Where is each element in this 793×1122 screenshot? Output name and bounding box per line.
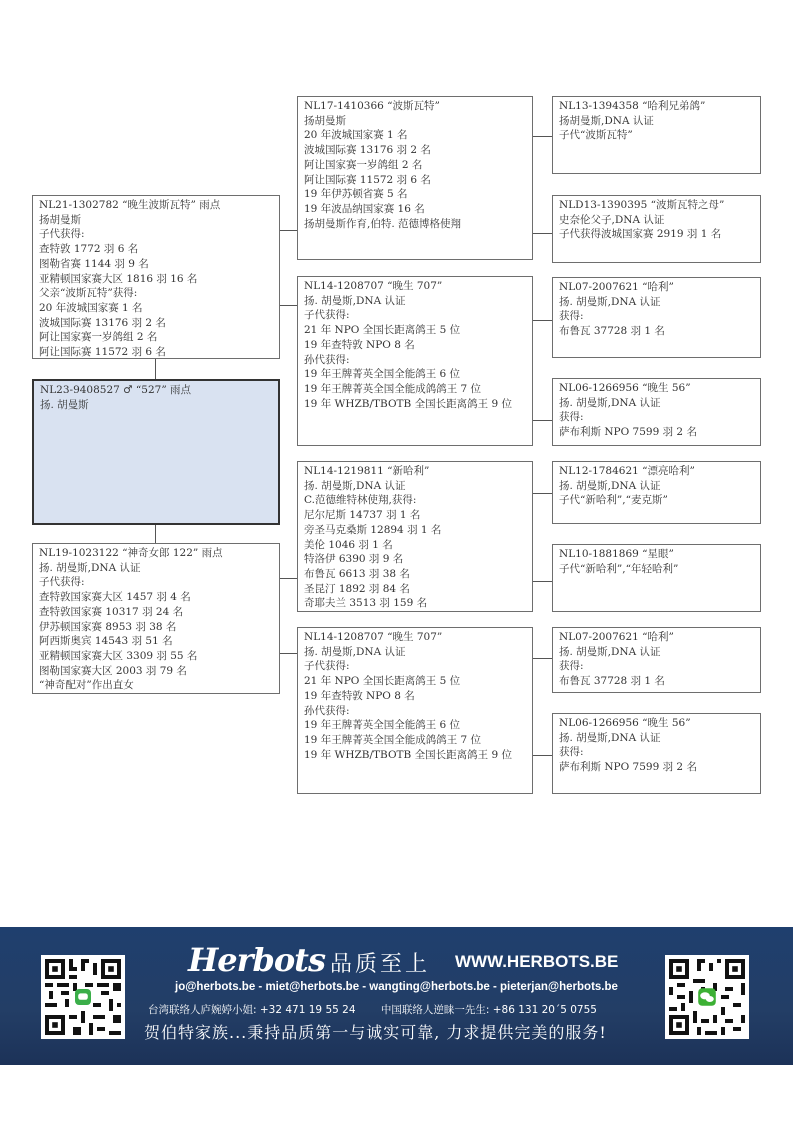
qr-code-icon xyxy=(665,955,749,1039)
connector-dam-to-dd xyxy=(279,653,297,654)
pedigree-subject-card: NL23-9408527 ♂ “527” 雨点 扬. 胡曼斯 xyxy=(32,379,280,525)
result-line: 19 年王牌菁英全国全能鸽王 6 位 xyxy=(304,367,526,382)
result-line: 21 年 NPO 全国长距离鸽王 5 位 xyxy=(304,674,526,689)
result-line: 子代获得: xyxy=(304,659,526,674)
result-line: 布鲁瓦 6613 羽 38 名 xyxy=(304,567,526,582)
pedigree-dam-sire-card: NL14-1219811 “新哈利” 扬. 胡曼斯,DNA 认证 C.范德维特林… xyxy=(297,461,533,612)
result-line: 子代“新哈利”,“麦克斯” xyxy=(559,493,754,508)
result-line: 阿让国际赛 11572 羽 6 名 xyxy=(39,345,273,359)
contact-taiwan: 台湾联络人庐婉婷小姐: +32 471 19 55 24 xyxy=(148,1004,356,1016)
result-line: 阿让国家赛一岁鸽组 2 名 xyxy=(39,330,273,345)
breeder: 扬胡曼斯 xyxy=(304,114,526,129)
result-line: 获得: xyxy=(559,745,754,760)
breeder: 扬. 胡曼斯 xyxy=(40,398,272,413)
result-line: C.范德维特林使翔,获得: xyxy=(304,493,526,508)
result-line: 扬胡曼斯作育,伯特. 范德博格使翔 xyxy=(304,217,526,232)
line-qr-code[interactable] xyxy=(41,955,125,1039)
breeder: 扬. 胡曼斯,DNA 认证 xyxy=(304,645,526,660)
contact-china: 中国联络人逆睐一先生: +86 131 20´5 0755 xyxy=(381,1004,597,1016)
result-line: 孙代获得: xyxy=(304,353,526,368)
result-line: 19 年王牌菁英全国全能成鸽鸽王 7 位 xyxy=(304,733,526,748)
pedigree-dam-card: NL19-1023122 “神奇女郎 122” 雨点 扬. 胡曼斯,DNA 认证… xyxy=(32,543,280,694)
result-line: 子代获得: xyxy=(304,308,526,323)
result-line: 图勒省赛 1144 羽 9 名 xyxy=(39,257,273,272)
contact-phones: 台湾联络人庐婉婷小姐: +32 471 19 55 24 中国联络人逆睐一先生:… xyxy=(148,1002,619,1017)
result-line: 波城国际赛 13176 羽 2 名 xyxy=(39,316,273,331)
result-line: 19 年查特敦 NPO 8 名 xyxy=(304,689,526,704)
connector-ss-to-ssd xyxy=(532,233,552,234)
result-line: “神奇配对”作出直女 xyxy=(39,678,273,693)
ring-number: NL12-1784621 “漂亮哈利” xyxy=(559,464,754,479)
result-line: 查特敦 1772 羽 6 名 xyxy=(39,242,273,257)
result-line: 查特敦国家赛大区 1457 羽 4 名 xyxy=(39,590,273,605)
pedigree-sire-dam-card: NL14-1208707 “晚生 707” 扬. 胡曼斯,DNA 认证 子代获得… xyxy=(297,276,533,446)
breeder: 扬. 胡曼斯,DNA 认证 xyxy=(559,295,754,310)
slogan: 品质至上 xyxy=(330,947,430,978)
result-line: 19 年王牌菁英全国全能成鸽鸽王 7 位 xyxy=(304,382,526,397)
ring-number: NL07-2007621 “哈利” xyxy=(559,280,754,295)
pedigree-sire-sire-card: NL17-1410366 “波斯瓦特” 扬胡曼斯 20 年波城国家赛 1 名 波… xyxy=(297,96,533,260)
result-line: 图勒国家赛大区 2003 羽 79 名 xyxy=(39,664,273,679)
result-line: 获得: xyxy=(559,410,754,425)
ring-number: NL14-1208707 “晚生 707” xyxy=(304,279,526,294)
result-line: 萨布利斯 NPO 7599 羽 2 名 xyxy=(559,760,754,775)
result-line: 波城国际赛 13176 羽 2 名 xyxy=(304,143,526,158)
connector-sire-to-ss xyxy=(279,230,297,231)
connector-sire-to-sd xyxy=(279,305,297,306)
result-line: 子代获得波城国家赛 2919 羽 1 名 xyxy=(559,227,754,242)
pedigree-ds-sire-card: NL12-1784621 “漂亮哈利” 扬. 胡曼斯,DNA 认证 子代“新哈利… xyxy=(552,461,761,524)
result-line: 20 年波城国家赛 1 名 xyxy=(304,128,526,143)
result-line: 尼尔尼斯 14737 羽 1 名 xyxy=(304,508,526,523)
breeder: 扬胡曼斯 xyxy=(39,213,273,228)
result-line: 获得: xyxy=(559,309,754,324)
ring-number: NL06-1266956 “晚生 56” xyxy=(559,716,754,731)
pedigree-ds-dam-card: NL10-1881869 “星眼” 子代“新哈利”,“年轻哈利” xyxy=(552,544,761,612)
ring-number: NL17-1410366 “波斯瓦特” xyxy=(304,99,526,114)
result-line: 亚精顿国家赛大区 1816 羽 16 名 xyxy=(39,272,273,287)
result-line: 伊苏顿国家赛 8953 羽 38 名 xyxy=(39,620,273,635)
connector-sd-to-sdd xyxy=(532,420,552,421)
result-line: 美伦 1046 羽 1 名 xyxy=(304,538,526,553)
result-line: 子代“波斯瓦特” xyxy=(559,128,754,143)
result-line: 旁圣马克桑斯 12894 羽 1 名 xyxy=(304,523,526,538)
connector-dam-to-ds xyxy=(279,578,297,579)
ring-number: NL21-1302782 “晚生波斯瓦特” 雨点 xyxy=(39,198,273,213)
pedigree-sd-sire-card: NL07-2007621 “哈利” 扬. 胡曼斯,DNA 认证 获得: 布鲁瓦 … xyxy=(552,277,761,358)
breeder: 扬. 胡曼斯,DNA 认证 xyxy=(559,479,754,494)
email-list[interactable]: jo@herbots.be - miet@herbots.be - wangti… xyxy=(175,981,618,993)
result-line: 布鲁瓦 37728 羽 1 名 xyxy=(559,324,754,339)
breeder: 扬. 胡曼斯,DNA 认证 xyxy=(39,561,273,576)
result-line: 查特敦国家赛 10317 羽 24 名 xyxy=(39,605,273,620)
pedigree-sire-card: NL21-1302782 “晚生波斯瓦特” 雨点 扬胡曼斯 子代获得: 查特敦 … xyxy=(32,195,280,359)
result-line: 获得: xyxy=(559,659,754,674)
ring-number: NL07-2007621 “哈利” xyxy=(559,630,754,645)
ring-number: NL06-1266956 “晚生 56” xyxy=(559,381,754,396)
breeder: 扬胡曼斯,DNA 认证 xyxy=(559,114,754,129)
pedigree-dam-dam-card: NL14-1208707 “晚生 707” 扬. 胡曼斯,DNA 认证 子代获得… xyxy=(297,627,533,794)
result-line: 子代获得: xyxy=(39,227,273,242)
result-line: 19 年 WHZB/TBOTB 全国长距离鸽王 9 位 xyxy=(304,397,526,412)
result-line: 奇耶夫兰 3513 羽 159 名 xyxy=(304,596,526,611)
connector-ss-to-sss xyxy=(532,136,552,137)
result-line: 19 年王牌菁英全国全能鸽王 6 位 xyxy=(304,718,526,733)
breeder: 扬. 胡曼斯,DNA 认证 xyxy=(559,645,754,660)
result-line: 19 年伊苏顿省赛 5 名 xyxy=(304,187,526,202)
connector-subject-dam xyxy=(155,524,156,544)
result-line: 圣昆汀 1892 羽 84 名 xyxy=(304,582,526,597)
breeder: 扬. 胡曼斯,DNA 认证 xyxy=(304,479,526,494)
connector-dd-to-ddd xyxy=(532,755,552,756)
pedigree-ss-dam-card: NLD13-1390395 “波斯瓦特之母” 史奈伦父子,DNA 认证 子代获得… xyxy=(552,195,761,263)
result-line: 孙代获得: xyxy=(304,704,526,719)
breeder: 扬. 胡曼斯,DNA 认证 xyxy=(559,396,754,411)
result-line: 21 年 NPO 全国长距离鸽王 5 位 xyxy=(304,323,526,338)
breeder: 史奈伦父子,DNA 认证 xyxy=(559,213,754,228)
result-line: 萨布利斯 NPO 7599 羽 2 名 xyxy=(559,425,754,440)
motto: 贺伯特家族...秉持品质第一与诚实可靠, 力求提供完美的服务! xyxy=(144,1020,607,1043)
ring-number: NLD13-1390395 “波斯瓦特之母” xyxy=(559,198,754,213)
result-line: 子代获得: xyxy=(39,575,273,590)
connector-subject-sire xyxy=(155,358,156,380)
result-line: 19 年波品纳国家赛 16 名 xyxy=(304,202,526,217)
result-line: 19 年 WHZB/TBOTB 全国长距离鸽王 9 位 xyxy=(304,748,526,763)
wechat-qr-code[interactable] xyxy=(665,955,749,1039)
qr-code-icon xyxy=(41,955,125,1039)
connector-ds-to-dsd xyxy=(532,581,552,582)
ring-number: NL14-1208707 “晚生 707” xyxy=(304,630,526,645)
result-line: 阿让国家赛一岁鸽组 2 名 xyxy=(304,158,526,173)
pedigree-ss-sire-card: NL13-1394358 “哈利兄弟鸽” 扬胡曼斯,DNA 认证 子代“波斯瓦特… xyxy=(552,96,761,174)
breeder: 扬. 胡曼斯,DNA 认证 xyxy=(559,731,754,746)
connector-ds-to-dss xyxy=(532,493,552,494)
ring-number: NL23-9408527 ♂ “527” 雨点 xyxy=(40,383,272,398)
herbots-logo: Herbots xyxy=(188,941,325,979)
result-line: 20 年波城国家赛 1 名 xyxy=(39,301,273,316)
connector-dd-to-dds xyxy=(532,658,552,659)
connector-sd-to-sds xyxy=(532,320,552,321)
ring-number: NL19-1023122 “神奇女郎 122” 雨点 xyxy=(39,546,273,561)
result-line: 子代“新哈利”,“年轻哈利” xyxy=(559,562,754,577)
result-line: 19 年查特敦 NPO 8 名 xyxy=(304,338,526,353)
ring-number: NL10-1881869 “星眼” xyxy=(559,547,754,562)
footer-banner: Herbots 品质至上 WWW.HERBOTS.BE jo@herbots.b… xyxy=(0,927,793,1065)
ring-number: NL14-1219811 “新哈利” xyxy=(304,464,526,479)
pedigree-sd-dam-card: NL06-1266956 “晚生 56” 扬. 胡曼斯,DNA 认证 获得: 萨… xyxy=(552,378,761,446)
result-line: 阿西斯奥宾 14543 羽 51 名 xyxy=(39,634,273,649)
breeder: 扬. 胡曼斯,DNA 认证 xyxy=(304,294,526,309)
result-line: 父亲“波斯瓦特”获得: xyxy=(39,286,273,301)
ring-number: NL13-1394358 “哈利兄弟鸽” xyxy=(559,99,754,114)
result-line: 亚精顿国家赛大区 3309 羽 55 名 xyxy=(39,649,273,664)
pedigree-dd-dam-card: NL06-1266956 “晚生 56” 扬. 胡曼斯,DNA 认证 获得: 萨… xyxy=(552,713,761,794)
website-link[interactable]: WWW.HERBOTS.BE xyxy=(455,952,618,972)
result-line: 阿让国际赛 11572 羽 6 名 xyxy=(304,173,526,188)
result-line: 特洛伊 6390 羽 9 名 xyxy=(304,552,526,567)
result-line: 布鲁瓦 37728 羽 1 名 xyxy=(559,674,754,689)
pedigree-dd-sire-card: NL07-2007621 “哈利” 扬. 胡曼斯,DNA 认证 获得: 布鲁瓦 … xyxy=(552,627,761,693)
